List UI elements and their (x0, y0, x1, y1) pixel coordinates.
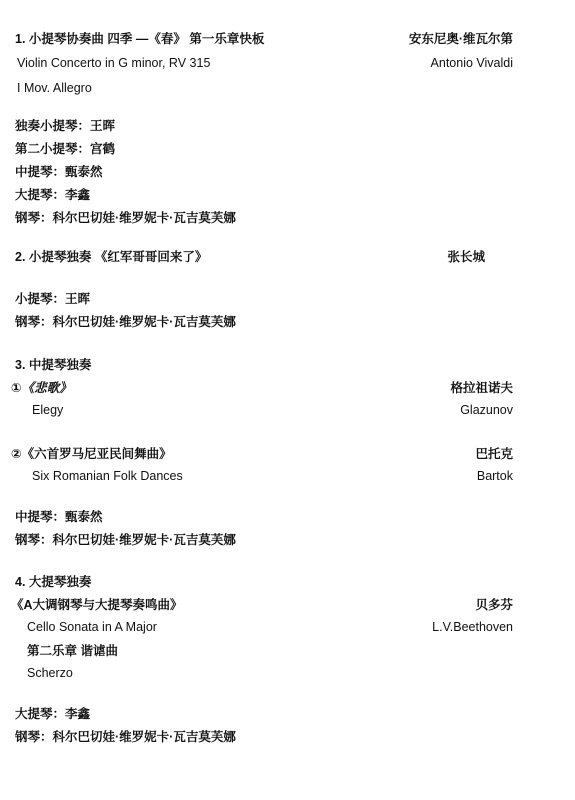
program-line-s1-title: 1. 小提琴协奏曲 四季 —《春》 第一乐章快板 安东尼奥·维瓦尔第 (0, 25, 575, 50)
program-line-s3-heading: 3. 中提琴独奏 (0, 352, 575, 375)
spacer (0, 550, 575, 569)
performer-second-violin: 第二小提琴：宫鹤 (0, 139, 115, 157)
composer-name-en: Bartok (477, 464, 513, 487)
performer-line: 钢琴：科尔巴切娃·维罗妮卡·瓦吉莫芙娜 (0, 527, 575, 550)
performer-solo-violin: 独奏小提琴：王晖 (0, 116, 115, 134)
section-heading: 3. 中提琴独奏 (0, 355, 91, 373)
performer-viola: 中提琴：甄泰然 (0, 507, 103, 525)
performer-line: 中提琴：甄泰然 (0, 504, 575, 527)
performer-line: 钢琴：科尔巴切娃·维罗妮卡·瓦吉莫芙娜 (0, 205, 575, 228)
program-line-s3-piece2: ②《六首罗马尼亚民间舞曲》 巴托克 (0, 441, 575, 464)
composer-name-zh: 安东尼奥·维瓦尔第 (409, 25, 513, 50)
performer-piano: 钢琴：科尔巴切娃·维罗妮卡·瓦吉莫芙娜 (0, 312, 236, 330)
concert-program-page: 1. 小提琴协奏曲 四季 —《春》 第一乐章快板 安东尼奥·维瓦尔第 Violi… (0, 0, 575, 800)
program-line-s1-movement: I Mov. Allegro (0, 75, 575, 100)
program-line-s1-title-en: Violin Concerto in G minor, RV 315 Anton… (0, 50, 575, 75)
spacer (0, 267, 575, 286)
composer-name-zh: 格拉祖诺夫 (450, 375, 513, 398)
performer-line: 钢琴：科尔巴切娃·维罗妮卡·瓦吉莫芙娜 (0, 724, 575, 747)
performer-line: 钢琴：科尔巴切娃·维罗妮卡·瓦吉莫芙娜 (0, 309, 575, 332)
composer-name-en: Antonio Vivaldi (431, 50, 513, 75)
piece-title-en: Six Romanian Folk Dances (0, 469, 183, 483)
program-line-s4-piece: 《A大调钢琴与大提琴奏鸣曲》 贝多芬 (0, 592, 575, 615)
piece-title-zh: ②《六首罗马尼亚民间舞曲》 (0, 444, 172, 462)
spacer (0, 421, 575, 441)
performer-cello: 大提琴：李鑫 (0, 704, 90, 722)
spacer (0, 487, 575, 504)
composer-name-zh: 贝多芬 (475, 592, 513, 615)
program-line-s4-movement-zh: 第二乐章 谐谑曲 (0, 638, 575, 661)
piece-title-en: Violin Concerto in G minor, RV 315 (0, 56, 210, 70)
spacer (0, 684, 575, 701)
program-line-s4-movement-en: Scherzo (0, 661, 575, 684)
performer-line: 小提琴：王晖 (0, 286, 575, 309)
performer-piano: 钢琴：科尔巴切娃·维罗妮卡·瓦吉莫芙娜 (0, 208, 236, 226)
performer-line: 独奏小提琴：王晖 (0, 113, 575, 136)
composer-name-en: L.V.Beethoven (432, 615, 513, 638)
program-line-s3-piece1: ①《悲歌》 格拉祖诺夫 (0, 375, 575, 398)
spacer (0, 100, 575, 113)
program-line-s4-piece-en: Cello Sonata in A Major L.V.Beethoven (0, 615, 575, 638)
performer-line: 第二小提琴：宫鹤 (0, 136, 575, 159)
piece-title-zh: 1. 小提琴协奏曲 四季 —《春》 第一乐章快板 (0, 29, 264, 47)
composer-name-zh: 张长城 (447, 244, 485, 267)
composer-name-zh: 巴托克 (475, 441, 513, 464)
program-line-s3-piece1-en: Elegy Glazunov (0, 398, 575, 421)
piece-title-en: Elegy (0, 403, 63, 417)
program-line-s3-piece2-en: Six Romanian Folk Dances Bartok (0, 464, 575, 487)
composer-name-en: Glazunov (460, 398, 513, 421)
performer-piano: 钢琴：科尔巴切娃·维罗妮卡·瓦吉莫芙娜 (0, 727, 236, 745)
performer-line: 中提琴：甄泰然 (0, 159, 575, 182)
performer-cello: 大提琴：李鑫 (0, 185, 90, 203)
piece-title-zh: ①《悲歌》 (0, 378, 72, 396)
performer-line: 大提琴：李鑫 (0, 182, 575, 205)
performer-piano: 钢琴：科尔巴切娃·维罗妮卡·瓦吉莫芙娜 (0, 530, 236, 548)
movement-label-zh: 第二乐章 谐谑曲 (0, 641, 118, 659)
spacer (0, 228, 575, 244)
performer-violin: 小提琴：王晖 (0, 289, 90, 307)
piece-title-zh: 《A大调钢琴与大提琴奏鸣曲》 (0, 595, 183, 613)
spacer (0, 332, 575, 352)
performer-line: 大提琴：李鑫 (0, 701, 575, 724)
program-line-s4-heading: 4. 大提琴独奏 (0, 569, 575, 592)
piece-title-en: Cello Sonata in A Major (0, 620, 157, 634)
performer-viola: 中提琴：甄泰然 (0, 162, 103, 180)
movement-label-en: Scherzo (0, 666, 73, 680)
piece-title-zh: 2. 小提琴独奏 《红军哥哥回来了》 (0, 247, 207, 265)
section-heading: 4. 大提琴独奏 (0, 572, 91, 590)
program-line-s2-title: 2. 小提琴独奏 《红军哥哥回来了》 张长城 (0, 244, 575, 267)
movement-label: I Mov. Allegro (0, 81, 92, 95)
